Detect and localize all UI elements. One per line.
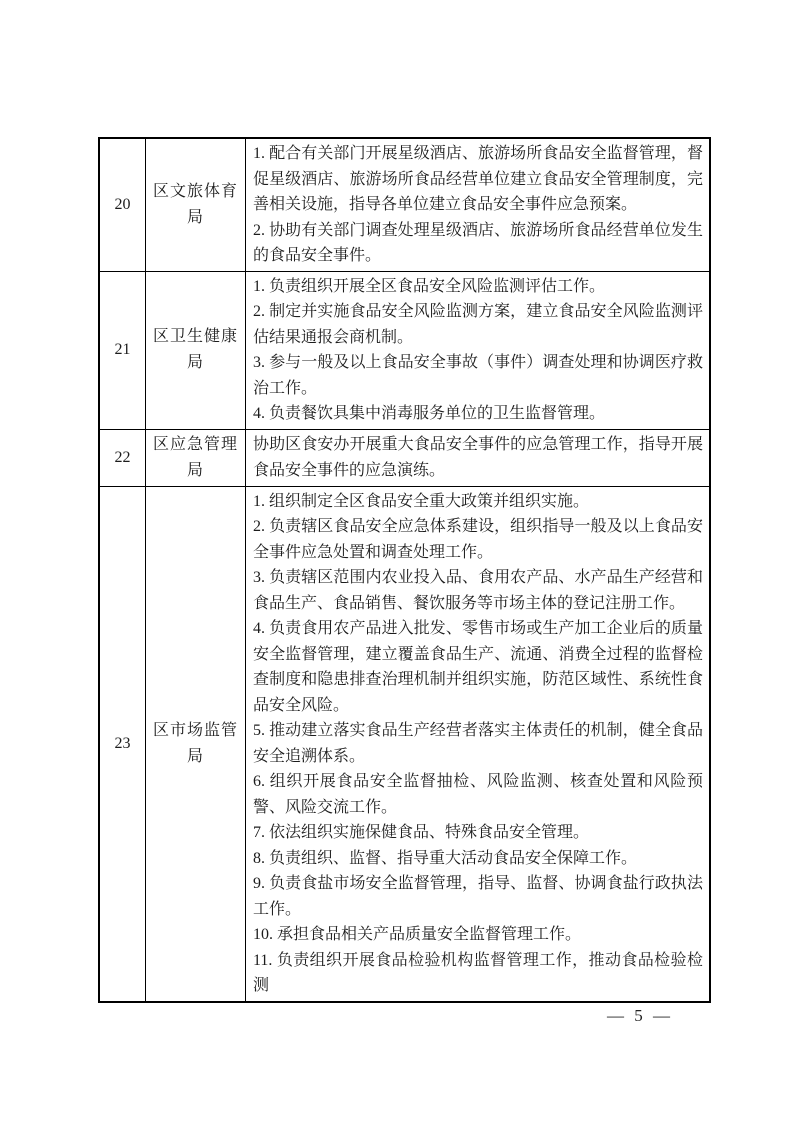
duty-item: 2. 负责辖区食品安全应急体系建设，组织指导一般及以上食品安全事件应急处置和调查… xyxy=(253,514,703,565)
duty-item: 6. 组织开展食品安全监督抽检、风险监测、核查处置和风险预警、风险交流工作。 xyxy=(253,769,703,820)
department-name: 区文旅体育局 xyxy=(146,138,246,271)
duty-item: 2. 制定并实施食品安全风险监测方案，建立食品安全风险监测评估结果通报会商机制。 xyxy=(253,299,703,350)
row-number: 23 xyxy=(99,486,146,1002)
duty-item: 3. 参与一般及以上食品安全事故（事件）调查处理和协调医疗救治工作。 xyxy=(253,350,703,401)
row-number: 22 xyxy=(99,429,146,486)
table-row: 20 区文旅体育局 1. 配合有关部门开展星级酒店、旅游场所食品安全监督管理，督… xyxy=(99,138,710,271)
duty-item: 9. 负责食盐市场安全监督管理，指导、监督、协调食盐行政执法工作。 xyxy=(253,871,703,922)
duty-item: 2. 协助有关部门调查处理星级酒店、旅游场所食品经营单位发生的食品安全事件。 xyxy=(253,218,703,269)
duty-item: 1. 配合有关部门开展星级酒店、旅游场所食品安全监督管理，督促星级酒店、旅游场所… xyxy=(253,141,703,218)
row-number: 20 xyxy=(99,138,146,271)
duties-cell: 协助区食安办开展重大食品安全事件的应急管理工作，指导开展食品安全事件的应急演练。 xyxy=(246,429,711,486)
department-name: 区应急管理局 xyxy=(146,429,246,486)
table-row: 22 区应急管理局 协助区食安办开展重大食品安全事件的应急管理工作，指导开展食品… xyxy=(99,429,710,486)
duty-item: 11. 负责组织开展食品检验机构监督管理工作，推动食品检验检测 xyxy=(253,948,703,999)
duties-cell: 1. 组织制定全区食品安全重大政策并组织实施。 2. 负责辖区食品安全应急体系建… xyxy=(246,486,711,1002)
duties-cell: 1. 配合有关部门开展星级酒店、旅游场所食品安全监督管理，督促星级酒店、旅游场所… xyxy=(246,138,711,271)
table-row: 21 区卫生健康局 1. 负责组织开展全区食品安全风险监测评估工作。 2. 制定… xyxy=(99,271,710,429)
duty-item: 1. 负责组织开展全区食品安全风险监测评估工作。 xyxy=(253,274,703,300)
duty-item: 4. 负责餐饮具集中消毒服务单位的卫生监督管理。 xyxy=(253,401,703,427)
row-number: 21 xyxy=(99,271,146,429)
duty-item: 8. 负责组织、监督、指导重大活动食品安全保障工作。 xyxy=(253,846,703,872)
document-page: 20 区文旅体育局 1. 配合有关部门开展星级酒店、旅游场所食品安全监督管理，督… xyxy=(0,0,793,1122)
duty-item: 10. 承担食品相关产品质量安全监督管理工作。 xyxy=(253,922,703,948)
department-name: 区市场监管局 xyxy=(146,486,246,1002)
duty-item: 1. 组织制定全区食品安全重大政策并组织实施。 xyxy=(253,489,703,515)
department-name: 区卫生健康局 xyxy=(146,271,246,429)
duty-item: 7. 依法组织实施保健食品、特殊食品安全管理。 xyxy=(253,820,703,846)
duty-item: 3. 负责辖区范围内农业投入品、食用农产品、水产品生产经营和食品生产、食品销售、… xyxy=(253,565,703,616)
responsibilities-table: 20 区文旅体育局 1. 配合有关部门开展星级酒店、旅游场所食品安全监督管理，督… xyxy=(98,137,711,1003)
page-number: — 5 — xyxy=(575,1006,705,1026)
duties-cell: 1. 负责组织开展全区食品安全风险监测评估工作。 2. 制定并实施食品安全风险监… xyxy=(246,271,711,429)
duty-item: 4. 负责食用农产品进入批发、零售市场或生产加工企业后的质量安全监督管理，建立覆… xyxy=(253,616,703,718)
duty-item: 协助区食安办开展重大食品安全事件的应急管理工作，指导开展食品安全事件的应急演练。 xyxy=(253,432,703,483)
table-row: 23 区市场监管局 1. 组织制定全区食品安全重大政策并组织实施。 2. 负责辖… xyxy=(99,486,710,1002)
duty-item: 5. 推动建立落实食品生产经营者落实主体责任的机制，健全食品安全追溯体系。 xyxy=(253,718,703,769)
